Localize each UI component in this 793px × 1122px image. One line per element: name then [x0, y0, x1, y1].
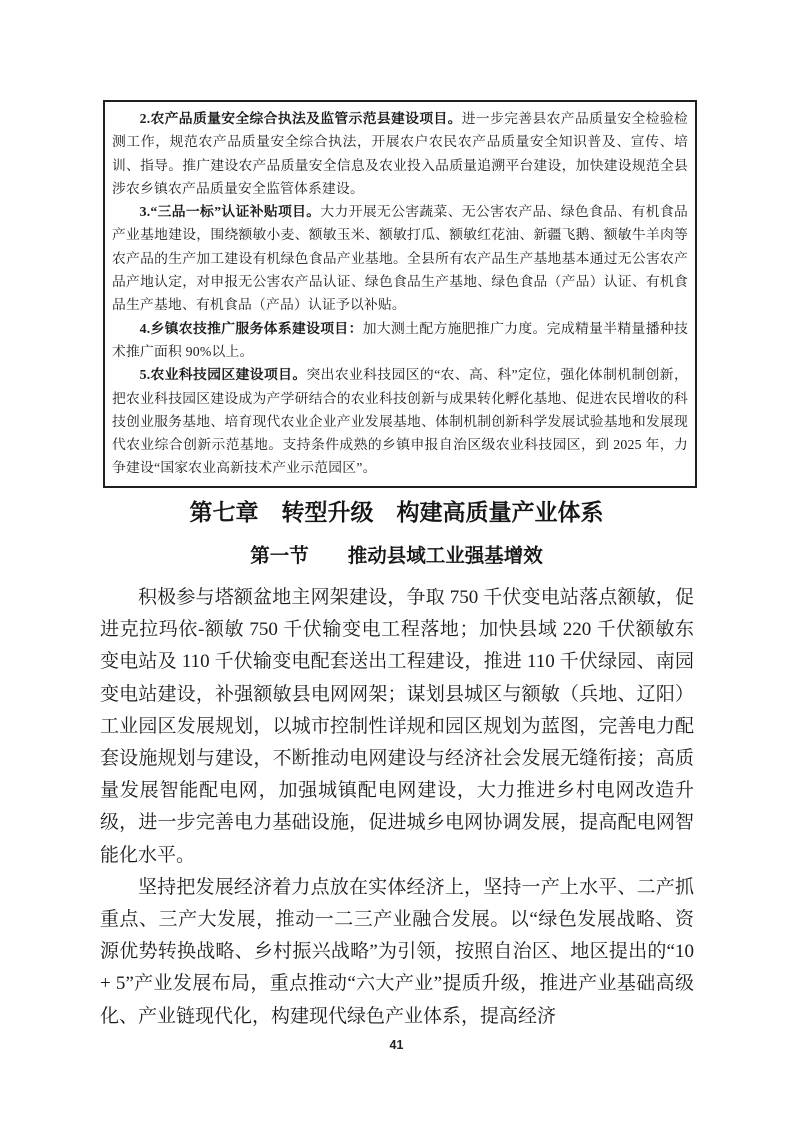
body-content: 积极参与塔额盆地主网架建设，争取 750 千伏变电站落点额敏，促进克拉玛依-额敏…: [100, 582, 694, 1033]
project-item-5-text: 突出农业科技园区的“农、高、科”定位，强化体制机制创新，把农业科技园区建设成为产…: [112, 367, 688, 475]
project-list-box: 2.农产品质量安全综合执法及监管示范县建设项目。进一步完善县农产品质量安全检验检…: [103, 100, 697, 488]
project-item-3-title: 3.“三品一标”认证补贴项目。: [140, 204, 321, 219]
project-item-4: 4.乡镇农技推广服务体系建设项目：加大测土配方施肥推广力度。完成精量半精量播种技…: [112, 317, 688, 364]
project-item-5-title: 5.农业科技园区建设项目。: [140, 367, 307, 382]
project-item-2: 2.农产品质量安全综合执法及监管示范县建设项目。进一步完善县农产品质量安全检验检…: [112, 107, 688, 200]
document-page: 2.农产品质量安全综合执法及监管示范县建设项目。进一步完善县农产品质量安全检验检…: [0, 0, 793, 1122]
project-item-3-text: 大力开展无公害蔬菜、无公害农产品、绿色食品、有机食品产业基地建设，围绕额敏小麦、…: [112, 204, 688, 312]
body-paragraph-2: 坚持把发展经济着力点放在实体经济上，坚持一产上水平、二产抓重点、三产大发展，推动…: [100, 872, 694, 1033]
body-paragraph-1: 积极参与塔额盆地主网架建设，争取 750 千伏变电站落点额敏，促进克拉玛依-额敏…: [100, 582, 694, 872]
page-number: 41: [0, 1038, 793, 1052]
project-item-5: 5.农业科技园区建设项目。突出农业科技园区的“农、高、科”定位，强化体制机制创新…: [112, 363, 688, 479]
chapter-heading: 第七章 转型升级 构建高质量产业体系: [0, 494, 793, 527]
project-item-4-title: 4.乡镇农技推广服务体系建设项目：: [140, 321, 363, 336]
section-heading: 第一节 推动县域工业强基增效: [0, 540, 793, 568]
project-item-2-title: 2.农产品质量安全综合执法及监管示范县建设项目。: [140, 111, 462, 126]
project-item-3: 3.“三品一标”认证补贴项目。大力开展无公害蔬菜、无公害农产品、绿色食品、有机食…: [112, 200, 688, 316]
